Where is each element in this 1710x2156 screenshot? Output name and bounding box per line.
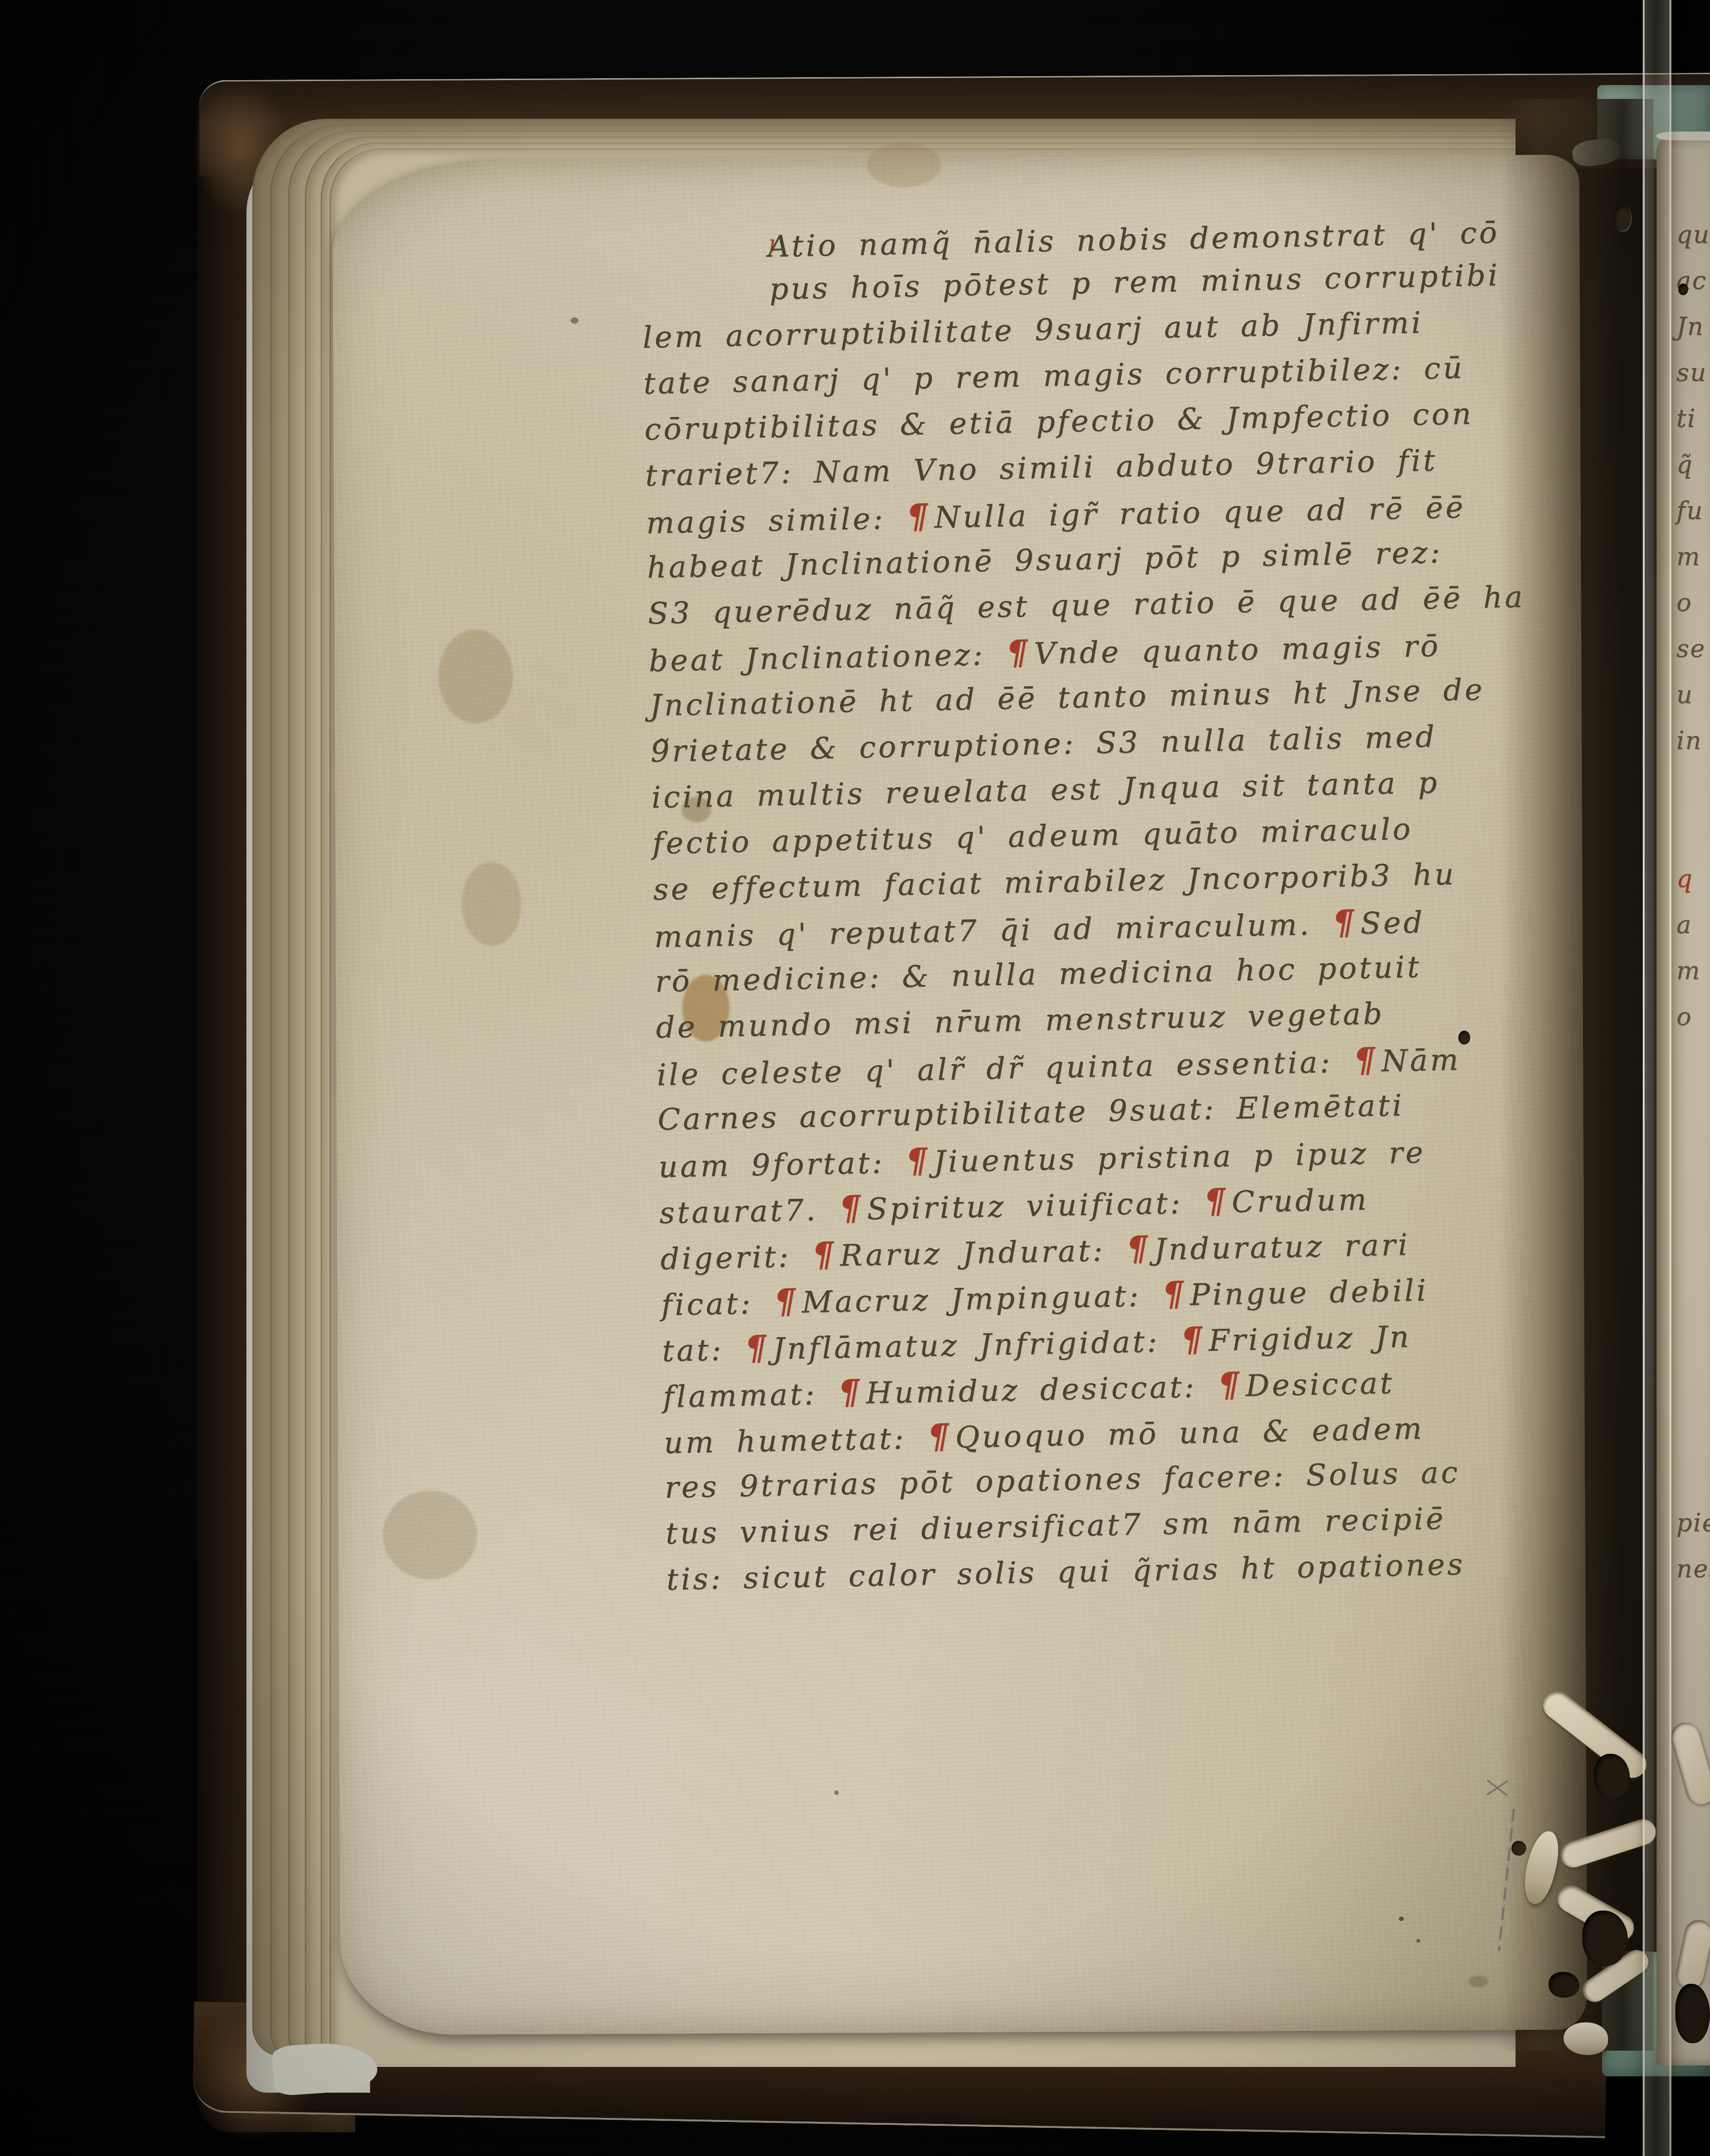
- ink-segment: Jnduratuz rari: [1154, 1227, 1410, 1267]
- manuscript-text-block: ıAtio namq̃ n̄alis nobis demonstrat q' c…: [640, 206, 1547, 1603]
- recto-text-fragment: qu: [1676, 212, 1710, 258]
- worm-damage-hole: [1549, 1972, 1579, 1998]
- ink-segment: Vnde quanto magis rō: [1034, 629, 1441, 671]
- ink-segment: Macruz Jmpinguat:: [802, 1278, 1161, 1320]
- recto-text-fragment: a: [1676, 902, 1692, 948]
- recto-text-fragment: ti: [1676, 396, 1696, 442]
- rubric-segment: ¶: [1352, 1040, 1382, 1080]
- page-stain: [382, 1490, 477, 1580]
- recto-text-fragment: o: [1676, 994, 1692, 1040]
- page-stain: [462, 862, 522, 946]
- rubric-segment: ¶: [926, 1416, 955, 1456]
- ink-segment: manis q' reputat7 q̄i ad miraculum.: [654, 907, 1331, 954]
- plastic-restraint-strip: [1643, 0, 1671, 2156]
- verso-page: ıAtio namq̃ n̄alis nobis demonstrat q' c…: [332, 155, 1588, 2035]
- recto-text-fragment: pie: [1676, 1500, 1710, 1546]
- rubric-segment: ¶: [773, 1281, 803, 1321]
- ink-segment: Quoquo mō una & eadem: [955, 1411, 1425, 1455]
- recto-text-fragment: in: [1676, 718, 1702, 764]
- ink-segment: um humettat:: [664, 1421, 927, 1460]
- ink-segment: pus hoīs pōtest p rem minus corruptibi: [769, 258, 1500, 306]
- speck: [834, 1790, 839, 1795]
- ink-segment: ficat:: [661, 1286, 773, 1322]
- curled-paper-flap: [1564, 2022, 1608, 2055]
- ink-segment: Nulla igr̃ ratio que ad rē ēē: [934, 490, 1466, 535]
- recto-text-fragment: m: [1676, 534, 1701, 580]
- ink-segment: Pingue debili: [1189, 1273, 1428, 1312]
- worm-damage-hole: [1594, 1754, 1630, 1799]
- ink-segment: flammat:: [663, 1377, 837, 1415]
- recto-text-fragment: nes: [1676, 1546, 1710, 1592]
- page-stain: [867, 142, 941, 187]
- ink-segment: Carnes acorruptibilitate 9suat: Elemētat…: [657, 1088, 1404, 1137]
- rubric-segment: ¶: [1161, 1274, 1190, 1314]
- speck: [1416, 1939, 1420, 1943]
- ink-segment: Nām: [1381, 1042, 1461, 1078]
- rubric-segment: ¶: [744, 1328, 773, 1368]
- rubric-segment: ¶: [1202, 1181, 1232, 1221]
- worm-damage-hole: [1582, 1911, 1628, 1966]
- ink-segment: tat:: [662, 1332, 744, 1368]
- ink-segment: Crudum: [1232, 1182, 1369, 1219]
- recto-text-fragment: u: [1676, 672, 1693, 718]
- ink-segment: de mundo msi nr̄um menstruuz vegetab: [656, 996, 1385, 1045]
- ink-segment: Jnflāmatuz Jnfrigidat:: [772, 1324, 1180, 1366]
- ink-segment: staurat7.: [659, 1193, 838, 1231]
- rubric-segment: ¶: [1331, 902, 1361, 942]
- recto-text-fragment: q̃: [1676, 442, 1693, 488]
- ink-segment: Spirituz viuificat:: [866, 1185, 1203, 1226]
- worm-hole: [1678, 283, 1688, 295]
- gutter-worm-hole: [1614, 205, 1631, 231]
- ink-segment: icina multis reuelata est Jnqua sit tant…: [651, 765, 1440, 815]
- ink-segment: Humiduz desiccat:: [866, 1369, 1217, 1411]
- ink-segment: 9̃rietate & corruptione: S3 nulla talis …: [650, 719, 1437, 769]
- rubric-segment: ¶: [1005, 633, 1035, 673]
- ink-segment: Desiccat: [1245, 1366, 1395, 1404]
- ink-segment: rō medicine: & nulla medicina hoc potuit: [655, 950, 1422, 999]
- ink-segment: fectio appetitus q' adeum quāto miraculo: [652, 812, 1413, 861]
- rubric-segment: ¶: [810, 1234, 840, 1274]
- rubric-segment: ¶: [837, 1372, 866, 1412]
- surface-dent: [1469, 1975, 1488, 1987]
- ink-segment: Raruz Jndurat:: [840, 1233, 1126, 1273]
- recto-text-fragment: o: [1676, 580, 1692, 626]
- speck: [570, 317, 578, 324]
- speck: [1399, 1917, 1404, 1921]
- recto-text-fragment: Jn: [1676, 304, 1704, 350]
- ink-segment: magis simile:: [646, 501, 905, 541]
- recto-text-fragment: su: [1676, 350, 1707, 396]
- rubric-segment: ¶: [1125, 1228, 1155, 1268]
- rubric-segment: ¶: [838, 1188, 867, 1228]
- recto-text-fragment: fu: [1676, 488, 1704, 534]
- recto-text-fragment: q: [1676, 856, 1693, 902]
- rubric-segment: ¶: [1180, 1319, 1209, 1359]
- page-stain: [438, 629, 513, 724]
- rubric-segment: ¶: [905, 497, 935, 537]
- worm-damage-hole: [1675, 1984, 1710, 2043]
- ink-segment: uam 9fortat:: [658, 1145, 905, 1185]
- ink-segment: Jiuentus pristina p ipuz re: [933, 1135, 1425, 1179]
- recto-text-fragment: m: [1676, 948, 1701, 994]
- ink-segment: tus vnius rei diuersificat7 sm nām recip…: [665, 1501, 1446, 1551]
- rubric-segment: ¶: [904, 1141, 934, 1181]
- ink-segment: beat Jnclinationez:: [649, 637, 1006, 679]
- rubric-segment: ¶: [1216, 1365, 1246, 1405]
- ink-segment: digerit:: [660, 1239, 811, 1277]
- ink-segment: Frigiduz Jn: [1208, 1319, 1412, 1358]
- ink-segment: Sed: [1360, 905, 1425, 941]
- ink-segment: lem acorruptibilitate 9suarj aut ab Jnfi…: [642, 305, 1424, 355]
- manuscript-photo: ıAtio namq̃ n̄alis nobis demonstrat q' c…: [0, 0, 1710, 2156]
- ink-segment: tis: sicut calor solis qui q̃rias ht opa…: [666, 1547, 1465, 1597]
- recto-text-fragment: ac: [1676, 258, 1707, 304]
- recto-text-fragment: se: [1676, 626, 1706, 672]
